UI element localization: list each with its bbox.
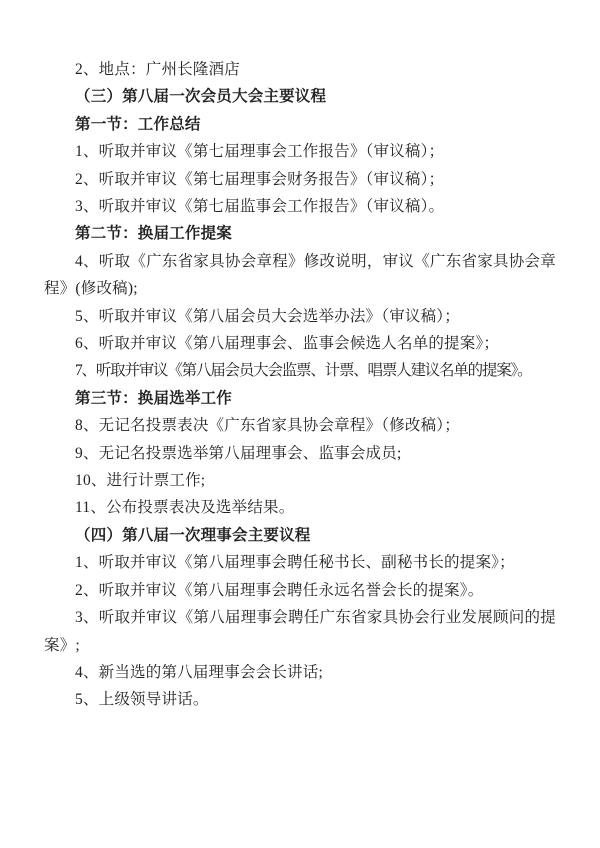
agenda-line: 程》(修改稿);	[44, 275, 556, 302]
agenda-line: 3、听取并审议《第七届监事会工作报告》（审议稿）。	[44, 193, 556, 220]
agenda-line: 10、进行计票工作;	[44, 467, 556, 494]
section-heading: （三）第八届一次会员大会主要议程	[44, 83, 556, 110]
section-heading: （四）第八届一次理事会主要议程	[44, 522, 556, 549]
agenda-line: 5、听取并审议《第八届会员大会选举办法》（审议稿）；	[44, 303, 556, 330]
agenda-line: 11、公布投票表决及选举结果。	[44, 494, 556, 521]
agenda-line: 2、听取并审议《第七届理事会财务报告》（审议稿）；	[44, 166, 556, 193]
agenda-line: 9、无记名投票选举第八届理事会、监事会成员;	[44, 440, 556, 467]
section-heading: 第二节：换届工作提案	[44, 220, 556, 247]
document-page: 2、地点：广州长隆酒店（三）第八届一次会员大会主要议程第一节：工作总结1、听取并…	[0, 0, 600, 848]
agenda-line: 2、地点：广州长隆酒店	[44, 56, 556, 83]
agenda-line: 3、听取并审议《第八届理事会聘任广东省家具协会行业发展顾问的提	[44, 604, 556, 631]
agenda-line: 案》;	[44, 632, 556, 659]
agenda-line: 7、听取并审议《第八届会员大会监票、计票、唱票人建议名单的提案》。	[44, 357, 556, 384]
document-content: 2、地点：广州长隆酒店（三）第八届一次会员大会主要议程第一节：工作总结1、听取并…	[0, 0, 600, 714]
agenda-line: 2、听取并审议《第八届理事会聘任永远名誉会长的提案》。	[44, 577, 556, 604]
agenda-line: 5、上级领导讲话。	[44, 686, 556, 713]
section-heading: 第一节：工作总结	[44, 111, 556, 138]
agenda-line: 4、听取《广东省家具协会章程》修改说明，审议《广东省家具协会章	[44, 248, 556, 275]
agenda-line: 1、听取并审议《第七届理事会工作报告》（审议稿）；	[44, 138, 556, 165]
agenda-line: 6、听取并审议《第八届理事会、监事会候选人名单的提案》；	[44, 330, 556, 357]
agenda-line: 1、听取并审议《第八届理事会聘任秘书长、副秘书长的提案》；	[44, 549, 556, 576]
agenda-line: 8、无记名投票表决《广东省家具协会章程》（修改稿）；	[44, 412, 556, 439]
agenda-line: 4、新当选的第八届理事会会长讲话;	[44, 659, 556, 686]
section-heading: 第三节：换届选举工作	[44, 385, 556, 412]
